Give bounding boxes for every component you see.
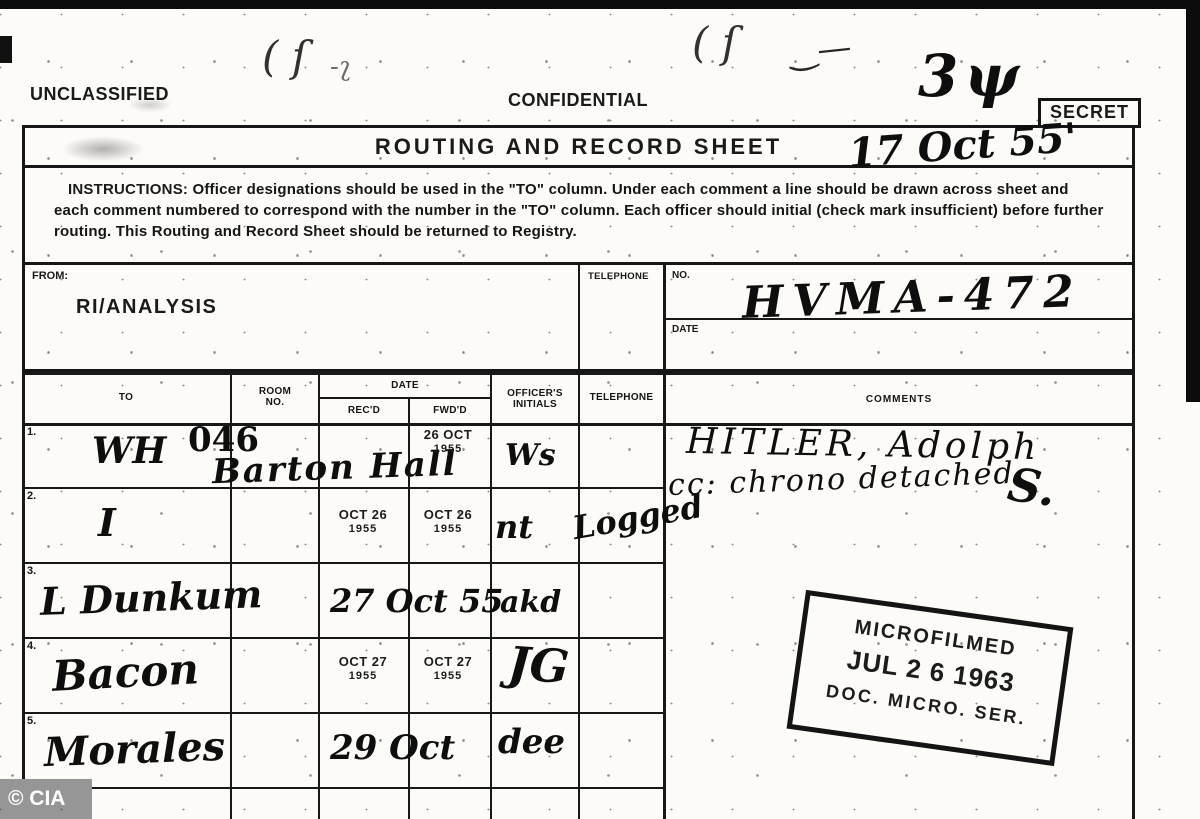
- col-header-initials: OFFICER'S INITIALS: [492, 388, 578, 410]
- row-number: 5.: [27, 715, 36, 727]
- comments-signature: S.: [1004, 457, 1059, 517]
- grid-line: [1132, 372, 1135, 819]
- instructions-text: Officer designations should be used in t…: [54, 181, 1104, 240]
- handwritten-mark: ( ſ: [692, 18, 737, 67]
- to-entry: Morales: [43, 723, 226, 776]
- handwritten-mark: ( ſ: [262, 32, 307, 81]
- to-entry: I: [98, 500, 116, 545]
- date-entry: 29 Oct: [330, 728, 455, 768]
- classification-unclassified: UNCLASSIFIED: [30, 84, 169, 105]
- microfilmed-stamp: MICROFILMED JUL 2 6 1963 DOC. MICRO. SER…: [787, 590, 1074, 766]
- scan-blotch-left: [0, 36, 12, 63]
- handwritten-page-count: 3ψ: [918, 42, 1025, 110]
- grid-line: [663, 372, 666, 819]
- col-header-room: ROOM NO.: [232, 386, 318, 408]
- grid-line: [22, 787, 666, 789]
- grid-line: [22, 562, 666, 564]
- instructions-label: INSTRUCTIONS:: [68, 181, 188, 198]
- instructions: INSTRUCTIONS: Officer designations shoul…: [22, 165, 1135, 242]
- col-header-to: TO: [22, 392, 230, 403]
- fwdd-date-stamp: OCT 27 1955: [408, 655, 488, 683]
- recd-date-stamp: OCT 26 1955: [320, 508, 406, 536]
- date-label: DATE: [672, 324, 698, 335]
- cia-watermark: © CIA: [0, 779, 92, 819]
- initials-entry: dee: [498, 722, 565, 762]
- fwdd-date-stamp: OCT 26 1955: [408, 508, 488, 536]
- to-entry: WH: [92, 430, 166, 472]
- to-entry: L Dunkum: [39, 571, 263, 624]
- col-header-comments: COMMENTS: [666, 394, 1132, 405]
- row-number: 2.: [27, 490, 36, 502]
- handwritten-squiggle: ‿—: [788, 27, 853, 73]
- to-entry: Bacon: [51, 644, 200, 701]
- from-label: FROM:: [32, 270, 68, 282]
- grid-line: [318, 397, 492, 399]
- grid-line: [578, 265, 580, 372]
- col-header-recd: REC'D: [320, 405, 408, 416]
- grid-line: [22, 637, 666, 639]
- row-number: 4.: [27, 640, 36, 652]
- grid-line: [578, 372, 580, 819]
- fwdd-date-stamp: 26 OCT 1955: [408, 428, 488, 456]
- row-number: 3.: [27, 565, 36, 577]
- initials-entry: Ws: [505, 438, 556, 473]
- from-value: RI/ANALYSIS: [76, 296, 217, 319]
- grid-line: [22, 372, 25, 819]
- handwritten-mark: -ʅ: [330, 52, 351, 82]
- classification-confidential: CONFIDENTIAL: [508, 90, 648, 111]
- initials-entry: akd: [500, 585, 561, 620]
- from-telephone-label: TELEPHONE: [588, 271, 649, 282]
- grid-line: [22, 712, 666, 714]
- scan-edge-top: [0, 0, 1200, 9]
- no-label: NO.: [672, 270, 690, 281]
- row-number: 1.: [27, 426, 36, 438]
- col-header-date: DATE: [318, 380, 492, 391]
- scanned-document: UNCLASSIFIED CONFIDENTIAL SECRET ( ſ -ʅ …: [0, 0, 1200, 819]
- col-header-telephone: TELEPHONE: [580, 392, 663, 403]
- initials-entry: JG: [506, 636, 571, 694]
- initials-entry: nt: [495, 508, 533, 546]
- col-header-fwdd: FWD'D: [410, 405, 490, 416]
- comments-line2: cc: chrono detached: [667, 456, 1015, 503]
- scan-edge-right: [1186, 0, 1200, 402]
- recd-date-stamp: OCT 27 1955: [320, 655, 406, 683]
- date-entry: 27 Oct 55: [330, 582, 503, 620]
- grid-line: [318, 372, 320, 819]
